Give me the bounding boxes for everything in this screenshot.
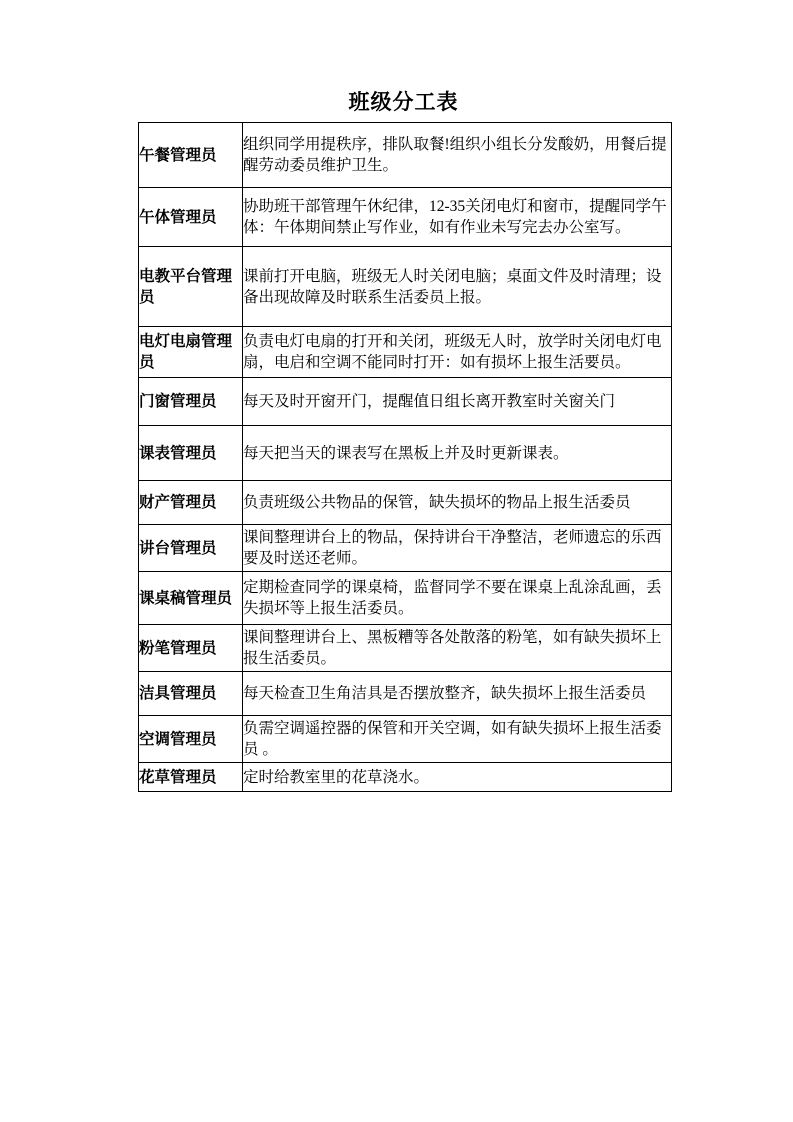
duty-cell: 每天检查卫生角洁具是否摆放整齐，缺失损坏上报生活委员 — [243, 672, 672, 716]
role-cell: 门窗管理员 — [139, 378, 243, 426]
page-title: 班级分工表 — [138, 91, 669, 114]
table-row: 门窗管理员 每天及时开窗开门，提醒值日组长离开教室时关窗关门 — [139, 378, 672, 426]
duty-cell: 负责班级公共物品的保管，缺失损坏的物品上报生活委员 — [243, 481, 672, 525]
duty-cell: 课间整理讲台上、黑板糟等各处散落的粉笔，如有缺失损坏上报生活委员。 — [243, 625, 672, 672]
duty-cell: 定期检查同学的课桌椅，监督同学不要在课桌上乱涂乱画，丢失损坏等上报生活委员。 — [243, 572, 672, 625]
role-cell: 洁具管理员 — [139, 672, 243, 716]
table-row: 午体管理员 协助班干部管理午休纪律，12-35关闭电灯和窗市，提醒同学午体：午体… — [139, 188, 672, 247]
role-cell: 课桌稿管理员 — [139, 572, 243, 625]
table-row: 洁具管理员 每天检查卫生角洁具是否摆放整齐，缺失损坏上报生活委员 — [139, 672, 672, 716]
role-cell: 午体管理员 — [139, 188, 243, 247]
role-cell: 电灯电扇管理员 — [139, 327, 243, 378]
table-row: 电灯电扇管理员 负责电灯电扇的打开和关闭，班级无人时，放学时关闭电灯电扇，电启和… — [139, 327, 672, 378]
duty-cell: 课前打开电脑，班级无人时关闭电脑；桌面文件及时清理；设备出现故障及时联系生活委员… — [243, 247, 672, 327]
table-row: 课桌稿管理员 定期检查同学的课桌椅，监督同学不要在课桌上乱涂乱画，丢失损坏等上报… — [139, 572, 672, 625]
table-row: 讲台管理员 课间整理讲台上的物品，保持讲台干净整洁，老师遗忘的乐西要及时送还老师… — [139, 525, 672, 572]
role-cell: 电教平台管理员 — [139, 247, 243, 327]
table-row: 课表管理员 每天把当天的课表写在黑板上并及时更新课表。 — [139, 426, 672, 481]
duty-cell: 定时给教室里的花草浇水。 — [243, 763, 672, 792]
table-row: 空调管理员 负需空调遥控器的保管和开关空调，如有缺失损坏上报生活委员 。 — [139, 716, 672, 763]
table-row: 财产管理员 负责班级公共物品的保管，缺失损坏的物品上报生活委员 — [139, 481, 672, 525]
duty-table-body: 午餐管理员 组织同学用提秩序，排队取餐!组织小组长分发酸奶，用餐后提醒劳动委员维… — [139, 123, 672, 792]
table-row: 午餐管理员 组织同学用提秩序，排队取餐!组织小组长分发酸奶，用餐后提醒劳动委员维… — [139, 123, 672, 188]
class-duty-table: 午餐管理员 组织同学用提秩序，排队取餐!组织小组长分发酸奶，用餐后提醒劳动委员维… — [138, 122, 672, 792]
table-row: 花草管理员 定时给教室里的花草浇水。 — [139, 763, 672, 792]
table-row: 电教平台管理员 课前打开电脑，班级无人时关闭电脑；桌面文件及时清理；设备出现故障… — [139, 247, 672, 327]
duty-cell: 每天把当天的课表写在黑板上并及时更新课表。 — [243, 426, 672, 481]
document-page: 班级分工表 午餐管理员 组织同学用提秩序，排队取餐!组织小组长分发酸奶，用餐后提… — [0, 0, 793, 1122]
duty-cell: 协助班干部管理午休纪律，12-35关闭电灯和窗市，提醒同学午体：午体期间禁止写作… — [243, 188, 672, 247]
duty-cell: 每天及时开窗开门，提醒值日组长离开教室时关窗关门 — [243, 378, 672, 426]
table-row: 粉笔管理员 课间整理讲台上、黑板糟等各处散落的粉笔，如有缺失损坏上报生活委员。 — [139, 625, 672, 672]
role-cell: 午餐管理员 — [139, 123, 243, 188]
role-cell: 讲台管理员 — [139, 525, 243, 572]
duty-cell: 课间整理讲台上的物品，保持讲台干净整洁，老师遗忘的乐西要及时送还老师。 — [243, 525, 672, 572]
duty-cell: 负需空调遥控器的保管和开关空调，如有缺失损坏上报生活委员 。 — [243, 716, 672, 763]
role-cell: 财产管理员 — [139, 481, 243, 525]
role-cell: 课表管理员 — [139, 426, 243, 481]
duty-cell: 组织同学用提秩序，排队取餐!组织小组长分发酸奶，用餐后提醒劳动委员维护卫生。 — [243, 123, 672, 188]
duty-cell: 负责电灯电扇的打开和关闭，班级无人时，放学时关闭电灯电扇，电启和空调不能同时打开… — [243, 327, 672, 378]
role-cell: 花草管理员 — [139, 763, 243, 792]
role-cell: 空调管理员 — [139, 716, 243, 763]
role-cell: 粉笔管理员 — [139, 625, 243, 672]
